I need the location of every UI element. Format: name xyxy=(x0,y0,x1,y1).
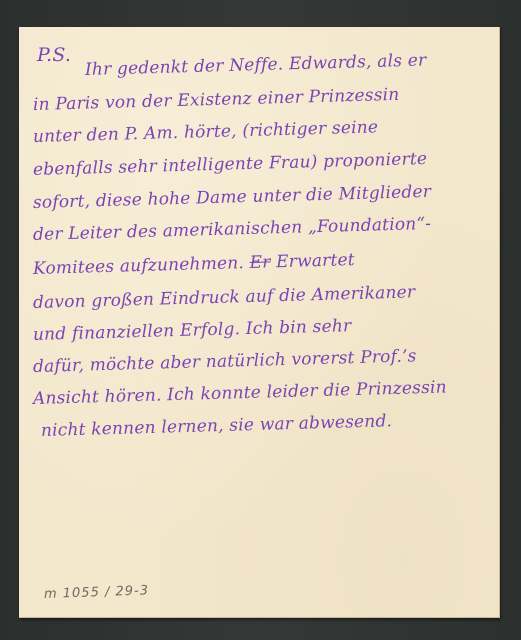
handwritten-line-10: dafür, möchte aber natürlich vorerst Pro… xyxy=(33,346,417,377)
handwritten-line-5: sofort, diese hohe Dame unter die Mitgli… xyxy=(33,182,432,213)
handwritten-line-1: Ihr gedenkt der Neffe. Edwards, als er xyxy=(85,50,427,80)
handwritten-line-6: der Leiter des amerikanischen „Foundatio… xyxy=(33,214,432,245)
letter-page: P.S. Ihr gedenkt der Neffe. Edwards, als… xyxy=(19,27,500,618)
handwritten-line-7: Komitees aufzunehmen. Er Erwartet xyxy=(33,250,355,279)
line-7-text: Komitees aufzunehmen. xyxy=(33,253,245,279)
handwritten-line-2: in Paris von der Existenz einer Prinzess… xyxy=(33,85,400,115)
handwritten-line-4: ebenfalls sehr intelligente Frau) propon… xyxy=(33,149,428,180)
handwritten-line-12: nicht kennen lernen, sie war abwesend. xyxy=(41,411,393,441)
handwritten-line-3: unter den P. Am. hörte, (richtiger seine xyxy=(33,117,379,147)
line-7-continuation: Erwartet xyxy=(276,250,355,272)
struck-out-word: Er xyxy=(249,252,270,273)
handwritten-line-9: und finanziellen Erfolg. Ich bin sehr xyxy=(33,316,352,345)
postscript-label: P.S. xyxy=(37,44,71,66)
handwritten-line-8: davon großen Eindruck auf die Amerikaner xyxy=(33,282,416,313)
handwritten-line-11: Ansicht hören. Ich konnte leider die Pri… xyxy=(33,377,447,409)
archive-reference-mark: m 1055 / 29-3 xyxy=(44,583,149,602)
